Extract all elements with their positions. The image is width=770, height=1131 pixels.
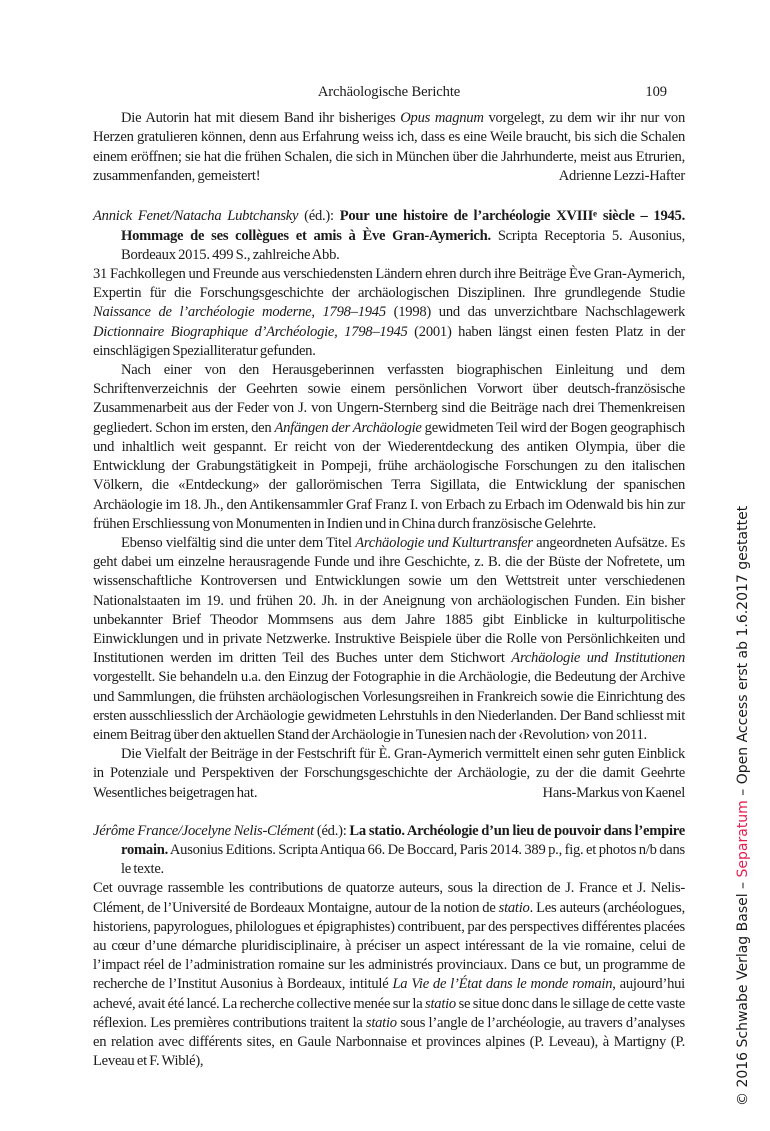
- review-paragraph-text: Cet ouvrage rassemble les contributions …: [93, 880, 685, 1069]
- reviewer-signature: Hans-Markus von Kaenel: [515, 784, 685, 803]
- review-paragraph: Ebenso vielfältig sind die unter dem Tit…: [93, 534, 685, 745]
- review-heading-france: Jérôme France/Jocelyne Nelis-Clément (éd…: [93, 822, 685, 880]
- separatum-label: Separatum: [735, 800, 751, 877]
- review-paragraph: Die Vielfalt der Beiträge in der Festsch…: [93, 745, 685, 803]
- journal-title: Archäologische Berichte: [318, 84, 460, 100]
- page-number: 109: [645, 83, 667, 102]
- running-head: Archäologische Berichte 109: [93, 83, 685, 102]
- review-paragraph-text: Ebenso vielfältig sind die unter dem Tit…: [93, 535, 685, 743]
- review-paragraph: Nach einer von den Herausgeberinnen verf…: [93, 361, 685, 534]
- review-heading-text: Annick Fenet/Natacha Lubtchansky (éd.): …: [93, 208, 685, 262]
- review-paragraph: 31 Fachkollegen und Freunde aus verschie…: [93, 265, 685, 361]
- review-paragraph: Cet ouvrage rassemble les contributions …: [93, 879, 685, 1071]
- closing-paragraph: Die Autorin hat mit diesem Band ihr bish…: [93, 109, 685, 186]
- copyright-sidebar: © 2016 Schwabe Verlag Basel – Separatum …: [734, 506, 752, 1106]
- text-column: Archäologische Berichte 109 Die Autorin …: [93, 83, 685, 1071]
- copyright-suffix: – Open Access erst ab 1.6.2017 gestattet: [735, 506, 751, 800]
- review-paragraph-text: 31 Fachkollegen und Freunde aus verschie…: [93, 266, 685, 359]
- journal-page: Archäologische Berichte 109 Die Autorin …: [0, 0, 770, 1131]
- copyright-prefix: © 2016 Schwabe Verlag Basel –: [735, 877, 751, 1106]
- review-heading-text: Jérôme France/Jocelyne Nelis-Clément (éd…: [93, 823, 685, 877]
- review-paragraph-text: Nach einer von den Herausgeberinnen verf…: [93, 362, 685, 532]
- review-heading-fenet: Annick Fenet/Natacha Lubtchansky (éd.): …: [93, 205, 685, 265]
- reviewer-signature: Adrienne Lezzi-Hafter: [531, 167, 685, 186]
